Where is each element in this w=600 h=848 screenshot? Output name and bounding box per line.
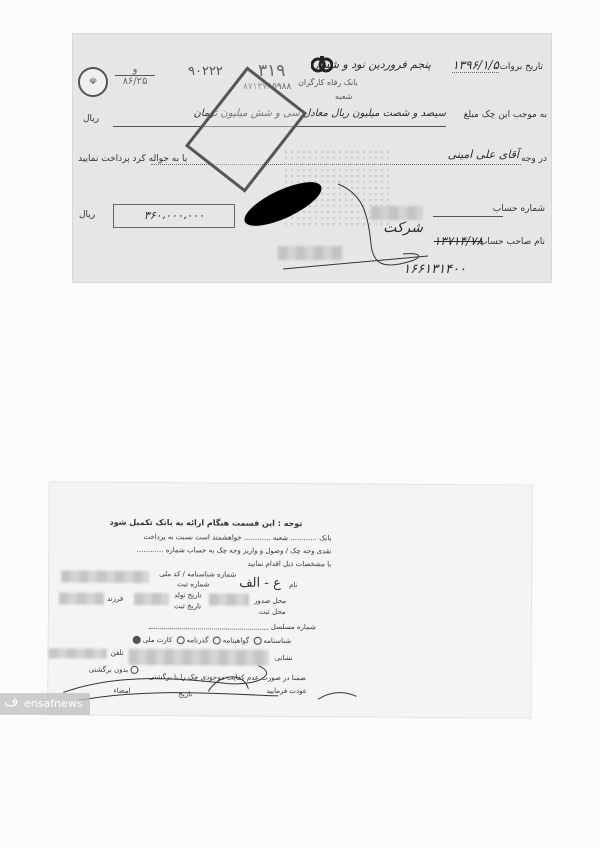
payee-prefix-label: در وجه [521, 154, 547, 164]
ensafnews-logo-icon: ف [4, 694, 19, 710]
ensafnews-watermark: ف ensafnews [0, 693, 90, 715]
form-title: توجه : این قسمت هنگام ارائه به بانک تکمی… [110, 518, 303, 528]
branch-label: شعبه [335, 92, 352, 101]
series-fraction: و ۸۶/۲۵ [115, 64, 155, 87]
redacted-father-name [134, 593, 169, 605]
redacted-name [61, 570, 149, 583]
account-number-label: شماره حساب [493, 204, 545, 214]
form-signature [58, 632, 359, 714]
serial-partial: ۹۰۲۲۲ [188, 64, 223, 79]
name-value: ع - الف [239, 576, 281, 591]
account-code: ۱۳۷۱۴/۷۸ [434, 234, 483, 248]
amount-box-currency: ریال [79, 210, 95, 220]
registration-date-label: تاریخ ثبت [174, 602, 201, 610]
date-label: تاریخ بروات [499, 62, 543, 72]
amount-box: ۳۶۰،۰۰۰،۰۰۰ [113, 204, 235, 228]
issue-place-label: محل صدور [254, 597, 286, 605]
registration-place-label: محل ثبت [259, 608, 286, 616]
name-label: نام [289, 581, 297, 589]
bank-check: ☫ و ۸۶/۲۵ ۹۰۲۲۲ ۳۱۹ ۸۷۱۳۷۸۵۹۸۸ بانک رفاه… [72, 33, 552, 283]
account-holder-label: نام صاحب حساب [479, 237, 545, 247]
redacted-birth-date [209, 593, 249, 605]
serial-line [149, 628, 269, 630]
redacted-field-1 [59, 592, 104, 604]
payee-suffix-label: یا به حواله کرد پرداخت نمایید [78, 154, 187, 164]
account-number-line [433, 216, 503, 217]
iran-emblem-icon: ☫ [78, 67, 108, 97]
payee-name: آقای علی امینی [448, 148, 519, 161]
currency-label: ریال [83, 114, 99, 124]
date-value: ۱۳۹۶/۱/۵ [452, 58, 499, 73]
birth-date-label: تاریخ تولد [174, 591, 202, 599]
amount-box-value: ۳۶۰،۰۰۰،۰۰۰ [114, 205, 234, 227]
amount-prefix-label: به موجب این چک مبلغ [464, 110, 547, 120]
form-line1: بانک ............ شعبه ............ خواه… [144, 533, 332, 542]
form-line3: با مشخصات ذیل اقدام نمایید [247, 560, 331, 569]
bank-name: بانک رفاه کارگران [298, 78, 358, 87]
registration-no-label: شماره ثبت [177, 580, 209, 588]
form-line2: نقدی وجه چک / وصول و واریز وجه چک به حسا… [137, 546, 332, 555]
check-back-form: توجه : این قسمت هنگام ارائه به بانک تکمی… [47, 481, 533, 718]
national-id-label: شماره شناسنامه / کد ملی [159, 570, 236, 579]
signature [243, 174, 433, 274]
watermark-text: ensafnews [24, 697, 83, 710]
serial-label: شماره مسلسل [271, 623, 316, 631]
child-of-label: فرزند [107, 595, 123, 603]
date-words: پنجم فروردین نود و شش [316, 58, 431, 71]
